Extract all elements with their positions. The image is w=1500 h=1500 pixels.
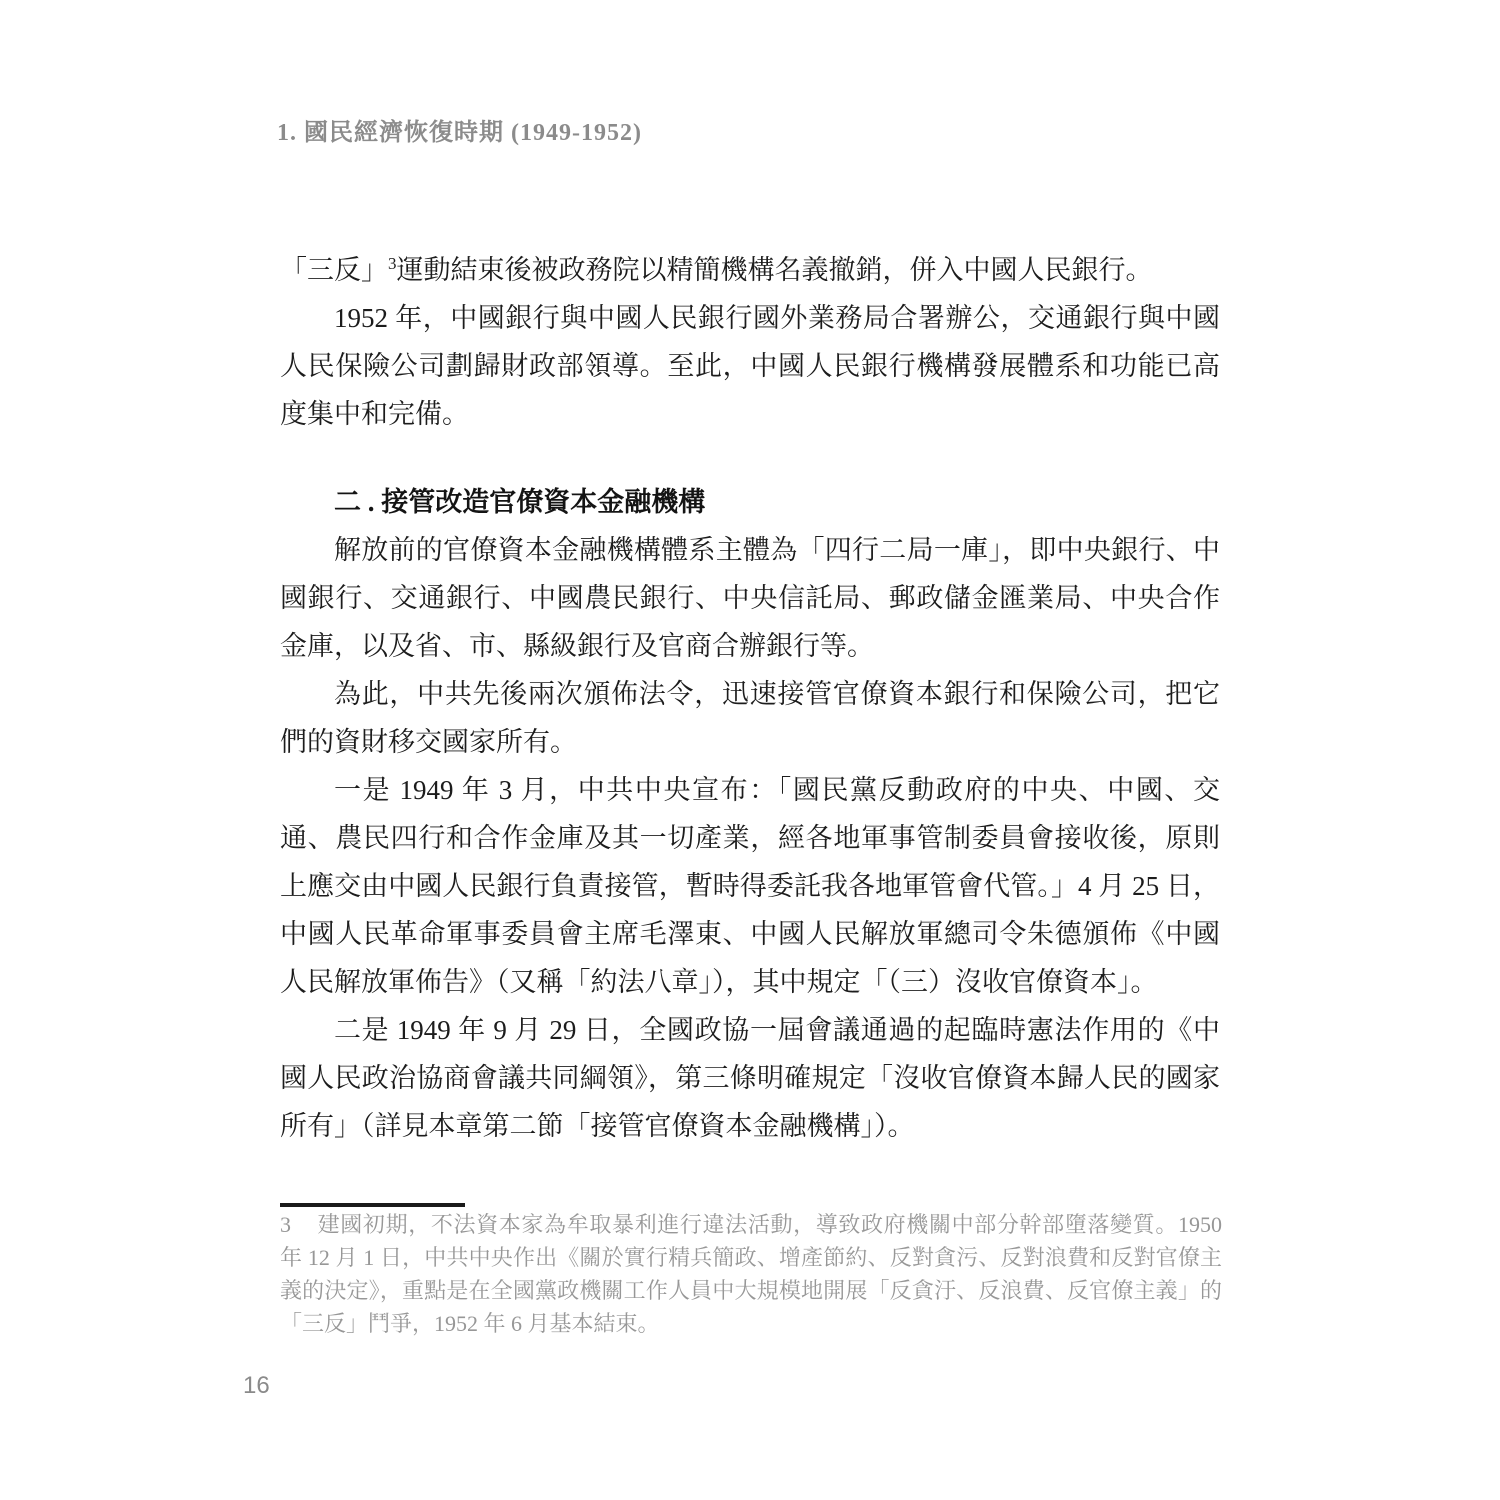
- paragraph: 1952 年，中國銀行與中國人民銀行國外業務局合署辦公，交通銀行與中國人民保險公…: [280, 294, 1220, 438]
- book-page: 1. 國民經濟恢復時期 (1949-1952) 「三反」3運動結束後被政務院以精…: [0, 0, 1500, 1500]
- paragraph-text: 「三反」: [280, 255, 388, 285]
- paragraph: 「三反」3運動結束後被政務院以精簡機構名義撤銷，併入中國人民銀行。: [280, 246, 1220, 294]
- paragraph-text: 運動結束後被政務院以精簡機構名義撤銷，併入中國人民銀行。: [397, 255, 1153, 285]
- footnote-number: 3: [280, 1212, 291, 1237]
- paragraph: 為此，中共先後兩次頒佈法令，迅速接管官僚資本銀行和保險公司，把它們的資財移交國家…: [280, 670, 1220, 766]
- paragraph: 一是 1949 年 3 月，中共中央宣布：「國民黨反動政府的中央、中國、交通、農…: [280, 766, 1220, 1006]
- paragraph: 解放前的官僚資本金融機構體系主體為「四行二局一庫」，即中央銀行、中國銀行、交通銀…: [280, 526, 1220, 670]
- body-text: 「三反」3運動結束後被政務院以精簡機構名義撤銷，併入中國人民銀行。 1952 年…: [280, 246, 1220, 1150]
- section-heading: 二 . 接管改造官僚資本金融機構: [280, 478, 1220, 526]
- footnote-ref: 3: [388, 254, 397, 273]
- footnote-divider: [280, 1203, 465, 1207]
- footnote-text: 建國初期，不法資本家為牟取暴利進行違法活動，導致政府機關中部分幹部墮落變質。19…: [280, 1212, 1222, 1336]
- page-number: 16: [243, 1372, 270, 1400]
- paragraph: 二是 1949 年 9 月 29 日，全國政協一屆會議通過的起臨時憲法作用的《中…: [280, 1006, 1220, 1150]
- footnote: 3建國初期，不法資本家為牟取暴利進行違法活動，導致政府機關中部分幹部墮落變質。1…: [280, 1208, 1222, 1340]
- chapter-running-head: 1. 國民經濟恢復時期 (1949-1952): [277, 112, 642, 147]
